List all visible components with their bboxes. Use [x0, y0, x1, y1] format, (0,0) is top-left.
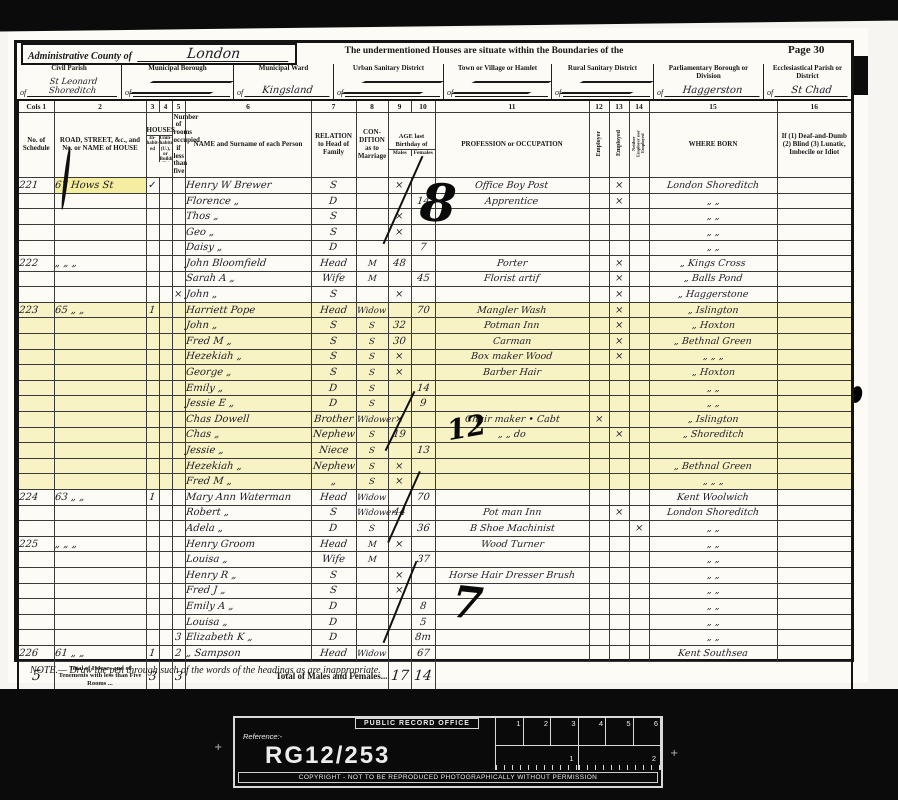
cell-rel: Wife — [311, 271, 356, 287]
cell-ageM — [388, 630, 411, 646]
cell-rooms — [172, 583, 185, 599]
cell-neither — [629, 614, 649, 630]
cell-infirm — [777, 240, 852, 256]
cell-born: „ „ — [649, 380, 777, 396]
table-row: 3Elizabeth K „D8m„ „ — [18, 630, 852, 646]
cell-born: „ Shoreditch — [649, 427, 777, 443]
cell-rel: S — [311, 209, 356, 225]
cell-neither — [629, 583, 649, 599]
cell-street — [54, 365, 146, 381]
cell-occ — [435, 614, 589, 630]
cell-sched — [18, 396, 54, 412]
header-rooms: Number of rooms occupied if less than fi… — [172, 112, 185, 178]
cell-neither — [629, 536, 649, 552]
cell-inh: 1 — [146, 645, 159, 661]
cell-uninh — [159, 334, 172, 350]
cell-inh — [146, 583, 159, 599]
cell-ageF: 45 — [411, 271, 435, 287]
col-num: 9 — [388, 100, 411, 112]
district-label: Municipal Borough — [125, 65, 230, 73]
table-row: Emily A „D8„ „ — [18, 599, 852, 615]
cell-occ: Carman — [435, 334, 589, 350]
cell-emp — [589, 240, 609, 256]
cell-inh — [146, 318, 159, 334]
cell-inh — [146, 599, 159, 615]
cell-inh — [146, 412, 159, 428]
cell-rel: D — [311, 380, 356, 396]
cell-occ: Florist artif — [435, 271, 589, 287]
cell-sched — [18, 349, 54, 365]
district-value: St Chad — [775, 86, 849, 97]
cell-street — [54, 567, 146, 583]
cell-uninh — [159, 380, 172, 396]
cell-born: „ „ — [649, 583, 777, 599]
cell-occ: Mangler Wash — [435, 302, 589, 318]
ruler-cell: 1 — [496, 746, 579, 770]
cell-neither — [629, 458, 649, 474]
reference-label: Reference:- — [243, 732, 282, 741]
cell-cond — [356, 224, 388, 240]
cell-name: Fred M „ — [185, 474, 311, 490]
cell-rel: Head — [311, 256, 356, 272]
cell-rel: S — [311, 505, 356, 521]
cell-born: „ Bethnal Green — [649, 334, 777, 350]
cell-ageF: 36 — [411, 521, 435, 537]
cell-infirm — [777, 645, 852, 661]
cell-neither — [629, 427, 649, 443]
cell-uninh — [159, 271, 172, 287]
cell-sched — [18, 193, 54, 209]
cell-infirm — [777, 412, 852, 428]
cell-rooms — [172, 567, 185, 583]
cell-inh — [146, 521, 159, 537]
cell-empd — [609, 240, 629, 256]
cell-rooms — [172, 240, 185, 256]
cell-born: „ Haggerstone — [649, 287, 777, 303]
cell-name: Harriett Pope — [185, 302, 311, 318]
cell-rel: D — [311, 396, 356, 412]
cell-infirm — [777, 458, 852, 474]
cell-uninh — [159, 240, 172, 256]
cell-cond: Widow — [356, 645, 388, 661]
cell-sched — [18, 630, 54, 646]
cell-ageM — [388, 552, 411, 568]
cell-empd: × — [609, 505, 629, 521]
table-row: Hezekiah „NephewS×„ Bethnal Green — [18, 458, 852, 474]
cell-ageF — [411, 224, 435, 240]
cell-street: 61 „ „ — [54, 645, 146, 661]
col-num: 15 — [649, 100, 777, 112]
cell-infirm — [777, 630, 852, 646]
cell-neither — [629, 630, 649, 646]
cell-rel: S — [311, 224, 356, 240]
header-neither: Neither Employer nor Employed — [629, 112, 649, 178]
cell-emp — [589, 521, 609, 537]
cell-rel: S — [311, 567, 356, 583]
table-row: Adela „DS36B Shoe Machinist×„ „ — [18, 521, 852, 537]
cell-emp — [589, 599, 609, 615]
col-num: 8 — [356, 100, 388, 112]
cell-emp — [589, 567, 609, 583]
cell-name: „ Sampson — [185, 645, 311, 661]
cell-infirm — [777, 193, 852, 209]
cell-emp — [589, 349, 609, 365]
cell-rooms — [172, 349, 185, 365]
cell-street — [54, 334, 146, 350]
district-field: Town or Village or Hamletof — [443, 64, 551, 99]
cell-rel: D — [311, 599, 356, 615]
cell-neither — [629, 349, 649, 365]
cell-infirm — [777, 302, 852, 318]
cell-occ — [435, 443, 589, 459]
cell-cond — [356, 583, 388, 599]
cell-rooms: × — [172, 287, 185, 303]
cell-neither — [629, 380, 649, 396]
cell-uninh — [159, 302, 172, 318]
total-males: 17 — [390, 668, 410, 684]
cell-street — [54, 443, 146, 459]
cell-name: Sarah A „ — [185, 271, 311, 287]
cell-rel: D — [311, 630, 356, 646]
cell-occ — [435, 209, 589, 225]
cell-infirm — [777, 287, 852, 303]
cell-street — [54, 427, 146, 443]
cell-emp — [589, 271, 609, 287]
cell-uninh — [159, 224, 172, 240]
cell-ageM — [388, 396, 411, 412]
cell-infirm — [777, 318, 852, 334]
cell-occ: Box maker Wood — [435, 349, 589, 365]
cell-empd — [609, 552, 629, 568]
cell-rooms — [172, 178, 185, 194]
cell-rel: D — [311, 521, 356, 537]
cell-street — [54, 505, 146, 521]
cell-born: „ Hoxton — [649, 318, 777, 334]
cell-name: Louisa „ — [185, 552, 311, 568]
cell-emp — [589, 380, 609, 396]
ruler-cell: 2 — [579, 746, 662, 770]
cell-neither — [629, 256, 649, 272]
district-field: Parliamentary Borough or DivisionofHagge… — [653, 64, 763, 99]
scan-artifact-bar — [853, 56, 868, 95]
table-row: Fred J „S×„ „ — [18, 583, 852, 599]
cell-street: „ „ „ — [54, 256, 146, 272]
cell-rooms — [172, 193, 185, 209]
cell-rooms — [172, 224, 185, 240]
cell-street: 65 „ „ — [54, 302, 146, 318]
cell-cond — [356, 240, 388, 256]
cell-neither — [629, 302, 649, 318]
cell-born: „ „ — [649, 521, 777, 537]
cell-sched — [18, 567, 54, 583]
cell-empd — [609, 521, 629, 537]
cell-name: John „ — [185, 318, 311, 334]
cell-infirm — [777, 583, 852, 599]
cell-rel: S — [311, 349, 356, 365]
cell-sched — [18, 271, 54, 287]
cell-rel: Wife — [311, 552, 356, 568]
cell-rooms — [172, 505, 185, 521]
cell-street — [54, 396, 146, 412]
cell-cond: M — [356, 552, 388, 568]
cell-street — [54, 380, 146, 396]
header-uninhabited: Unin-habited (U.), or Building (B.) — [160, 136, 172, 162]
situate-statement: The undermentioned Houses are situate wi… — [300, 46, 668, 56]
cell-cond: S — [356, 334, 388, 350]
cell-ageF: 14 — [411, 380, 435, 396]
cell-born: „ Islington — [649, 302, 777, 318]
header-road: ROAD, STREET, &c., and No. or NAME of HO… — [54, 112, 146, 178]
cell-born: „ „ — [649, 614, 777, 630]
cell-cond: S — [356, 396, 388, 412]
table-row: Chas „NephewS19„ „ do×„ Shoreditch — [18, 427, 852, 443]
cell-name: Robert „ — [185, 505, 311, 521]
header-condition: CON-DITION as to Marriage — [356, 112, 388, 178]
col-num: 12 — [589, 100, 609, 112]
cell-born: London Shoreditch — [649, 505, 777, 521]
cell-street — [54, 599, 146, 615]
cell-occ — [435, 240, 589, 256]
column-headings-row: No. of Schedule ROAD, STREET, &c., and N… — [18, 112, 852, 178]
cell-empd: × — [609, 334, 629, 350]
cell-rooms — [172, 334, 185, 350]
table-row: 22167 Hows St✓Henry W BrewerS×Office Boy… — [18, 178, 852, 194]
cell-rooms — [172, 302, 185, 318]
cell-occ — [435, 630, 589, 646]
district-field: Municipal Boroughof — [121, 64, 233, 99]
table-row: 225„ „ „Henry GroomHeadM×Wood Turner„ „ — [18, 536, 852, 552]
col-num: 2 — [54, 100, 146, 112]
col-num: 7 — [311, 100, 356, 112]
cell-neither — [629, 240, 649, 256]
pro-office-label: PUBLIC RECORD OFFICE — [355, 718, 479, 729]
cell-emp — [589, 583, 609, 599]
cell-sched — [18, 614, 54, 630]
table-row: ×John „S××„ Haggerstone — [18, 287, 852, 303]
header-females: Females — [412, 150, 435, 156]
cell-emp — [589, 505, 609, 521]
cell-name: Emily A „ — [185, 599, 311, 615]
cell-name: Hezekiah „ — [185, 349, 311, 365]
cell-cond: S — [356, 458, 388, 474]
cell-ageM — [388, 193, 411, 209]
cell-emp — [589, 427, 609, 443]
cell-occ — [435, 599, 589, 615]
public-record-office-stamp: PUBLIC RECORD OFFICE Reference:- RG12/25… — [233, 716, 663, 788]
cell-neither — [629, 474, 649, 490]
cell-rooms — [172, 209, 185, 225]
cell-cond: Widower — [356, 412, 388, 428]
cell-neither — [629, 396, 649, 412]
cell-ageM: 19 — [388, 427, 411, 443]
cell-ageM: × — [388, 474, 411, 490]
cell-sched — [18, 427, 54, 443]
cell-inh — [146, 552, 159, 568]
cell-name: Chas „ — [185, 427, 311, 443]
cell-sched — [18, 334, 54, 350]
district-field: Municipal WardofKingsland — [233, 64, 333, 99]
col-num: 5 — [172, 100, 185, 112]
cell-name: George „ — [185, 365, 311, 381]
cell-rooms — [172, 256, 185, 272]
cell-infirm — [777, 349, 852, 365]
cell-uninh — [159, 614, 172, 630]
cell-name: Hezekiah „ — [185, 458, 311, 474]
col-num: 11 — [435, 100, 589, 112]
cell-sched: 223 — [18, 302, 54, 318]
cell-cond: S — [356, 521, 388, 537]
cell-born: Kent Woolwich — [649, 490, 777, 506]
cell-rooms — [172, 427, 185, 443]
cell-name: Daisy „ — [185, 240, 311, 256]
district-value: Kingsland — [245, 86, 331, 97]
cell-born: „ „ — [649, 396, 777, 412]
scale-cell: 6 — [634, 718, 662, 745]
header-where-born: WHERE BORN — [649, 112, 777, 178]
cell-rooms — [172, 443, 185, 459]
col-num: 4 — [159, 100, 172, 112]
cell-ageF: 13 — [411, 443, 435, 459]
cell-infirm — [777, 599, 852, 615]
cell-street — [54, 474, 146, 490]
cell-rooms — [172, 536, 185, 552]
cell-born: „ „ — [649, 240, 777, 256]
cell-empd — [609, 380, 629, 396]
cell-uninh — [159, 458, 172, 474]
col-num: 3 — [146, 100, 159, 112]
table-row: Henry R „S×Horse Hair Dresser Brush„ „ — [18, 567, 852, 583]
cell-rel: Niece — [311, 443, 356, 459]
cell-ageM: 48 — [388, 256, 411, 272]
cell-neither — [629, 412, 649, 428]
cell-emp — [589, 536, 609, 552]
cell-street — [54, 521, 146, 537]
cell-inh — [146, 505, 159, 521]
cell-ageF: 8m — [411, 630, 435, 646]
cell-cond: M — [356, 271, 388, 287]
cell-rooms — [172, 458, 185, 474]
cell-cond: M — [356, 256, 388, 272]
cell-empd: × — [609, 427, 629, 443]
cell-sched — [18, 474, 54, 490]
cell-ageM — [388, 380, 411, 396]
cell-ageF — [411, 536, 435, 552]
cell-born: Kent Southsea — [649, 645, 777, 661]
table-row: John „SS32Potman Inn×„ Hoxton — [18, 318, 852, 334]
cell-sched — [18, 599, 54, 615]
col-num: 13 — [609, 100, 629, 112]
cell-uninh — [159, 443, 172, 459]
cell-sched: 225 — [18, 536, 54, 552]
cell-ageM: × — [388, 178, 411, 194]
cell-rel: S — [311, 583, 356, 599]
district-label: Parliamentary Borough or Division — [657, 65, 760, 80]
cell-inh — [146, 209, 159, 225]
cell-sched — [18, 443, 54, 459]
cell-uninh — [159, 505, 172, 521]
cell-occ — [435, 380, 589, 396]
cell-inh — [146, 427, 159, 443]
cell-rel: D — [311, 614, 356, 630]
cell-rooms — [172, 474, 185, 490]
cell-street — [54, 224, 146, 240]
cell-uninh — [159, 521, 172, 537]
cell-rel: Head — [311, 536, 356, 552]
cell-inh — [146, 365, 159, 381]
district-label: Ecclesiastical Parish or District — [767, 65, 848, 80]
cell-name: Jessie E „ — [185, 396, 311, 412]
cell-empd — [609, 365, 629, 381]
table-row: Jessie E „DS9„ „ — [18, 396, 852, 412]
table-row: 22661 „ „12„ SampsonHeadWidow67Kent Sout… — [18, 645, 852, 661]
table-row: Hezekiah „SS×Box maker Wood×„ „ „ — [18, 349, 852, 365]
cell-uninh — [159, 536, 172, 552]
col-num: Cols 1 — [18, 100, 54, 112]
cell-inh — [146, 287, 159, 303]
administrative-county-label: Administrative County of — [28, 51, 132, 62]
header-inhabited: In-habit-ed — [147, 136, 160, 162]
header-males: Males — [389, 150, 413, 156]
cell-ageM: × — [388, 583, 411, 599]
cell-rel: Nephew — [311, 427, 356, 443]
cell-sched — [18, 521, 54, 537]
cell-empd — [609, 536, 629, 552]
cell-rel: Head — [311, 645, 356, 661]
cell-rel: S — [311, 178, 356, 194]
scan-edge-top — [0, 0, 898, 32]
cell-street — [54, 552, 146, 568]
cell-ageF: 5 — [411, 614, 435, 630]
cell-ageM: 30 — [388, 334, 411, 350]
cell-empd — [609, 474, 629, 490]
cell-infirm — [777, 552, 852, 568]
cell-infirm — [777, 224, 852, 240]
cell-ageF — [411, 287, 435, 303]
cell-ageM: × — [388, 536, 411, 552]
cell-infirm — [777, 443, 852, 459]
cell-ageF — [411, 427, 435, 443]
cell-inh — [146, 380, 159, 396]
table-row: Robert „SWidower44Pot man Inn×London Sho… — [18, 505, 852, 521]
cell-cond — [356, 630, 388, 646]
cell-occ: Barber Hair — [435, 365, 589, 381]
table-row: 222„ „ „John BloomfieldHeadM48Porter×„ K… — [18, 256, 852, 272]
cell-occ: Pot man Inn — [435, 505, 589, 521]
scale-cell: 3 — [551, 718, 579, 745]
cell-rooms — [172, 318, 185, 334]
cell-rel: D — [311, 193, 356, 209]
cell-name: Jessie „ — [185, 443, 311, 459]
cell-ageM — [388, 271, 411, 287]
cell-emp — [589, 552, 609, 568]
header-employer: Employer — [589, 112, 609, 178]
cell-ageF: 9 — [411, 396, 435, 412]
cell-uninh — [159, 645, 172, 661]
cell-street — [54, 412, 146, 428]
cell-uninh — [159, 396, 172, 412]
cell-emp — [589, 630, 609, 646]
cell-sched: 224 — [18, 490, 54, 506]
table-row: Fred M „„S×„ „ „ — [18, 474, 852, 490]
cell-infirm — [777, 490, 852, 506]
cell-born: „ Hoxton — [649, 365, 777, 381]
table-row: 22365 „ „1Harriett PopeHeadWidow70Mangle… — [18, 302, 852, 318]
cell-neither — [629, 552, 649, 568]
copyright-notice: COPYRIGHT - NOT TO BE REPRODUCED PHOTOGR… — [238, 772, 658, 783]
cell-neither — [629, 490, 649, 506]
cell-empd: × — [609, 271, 629, 287]
cell-ageM: × — [388, 287, 411, 303]
